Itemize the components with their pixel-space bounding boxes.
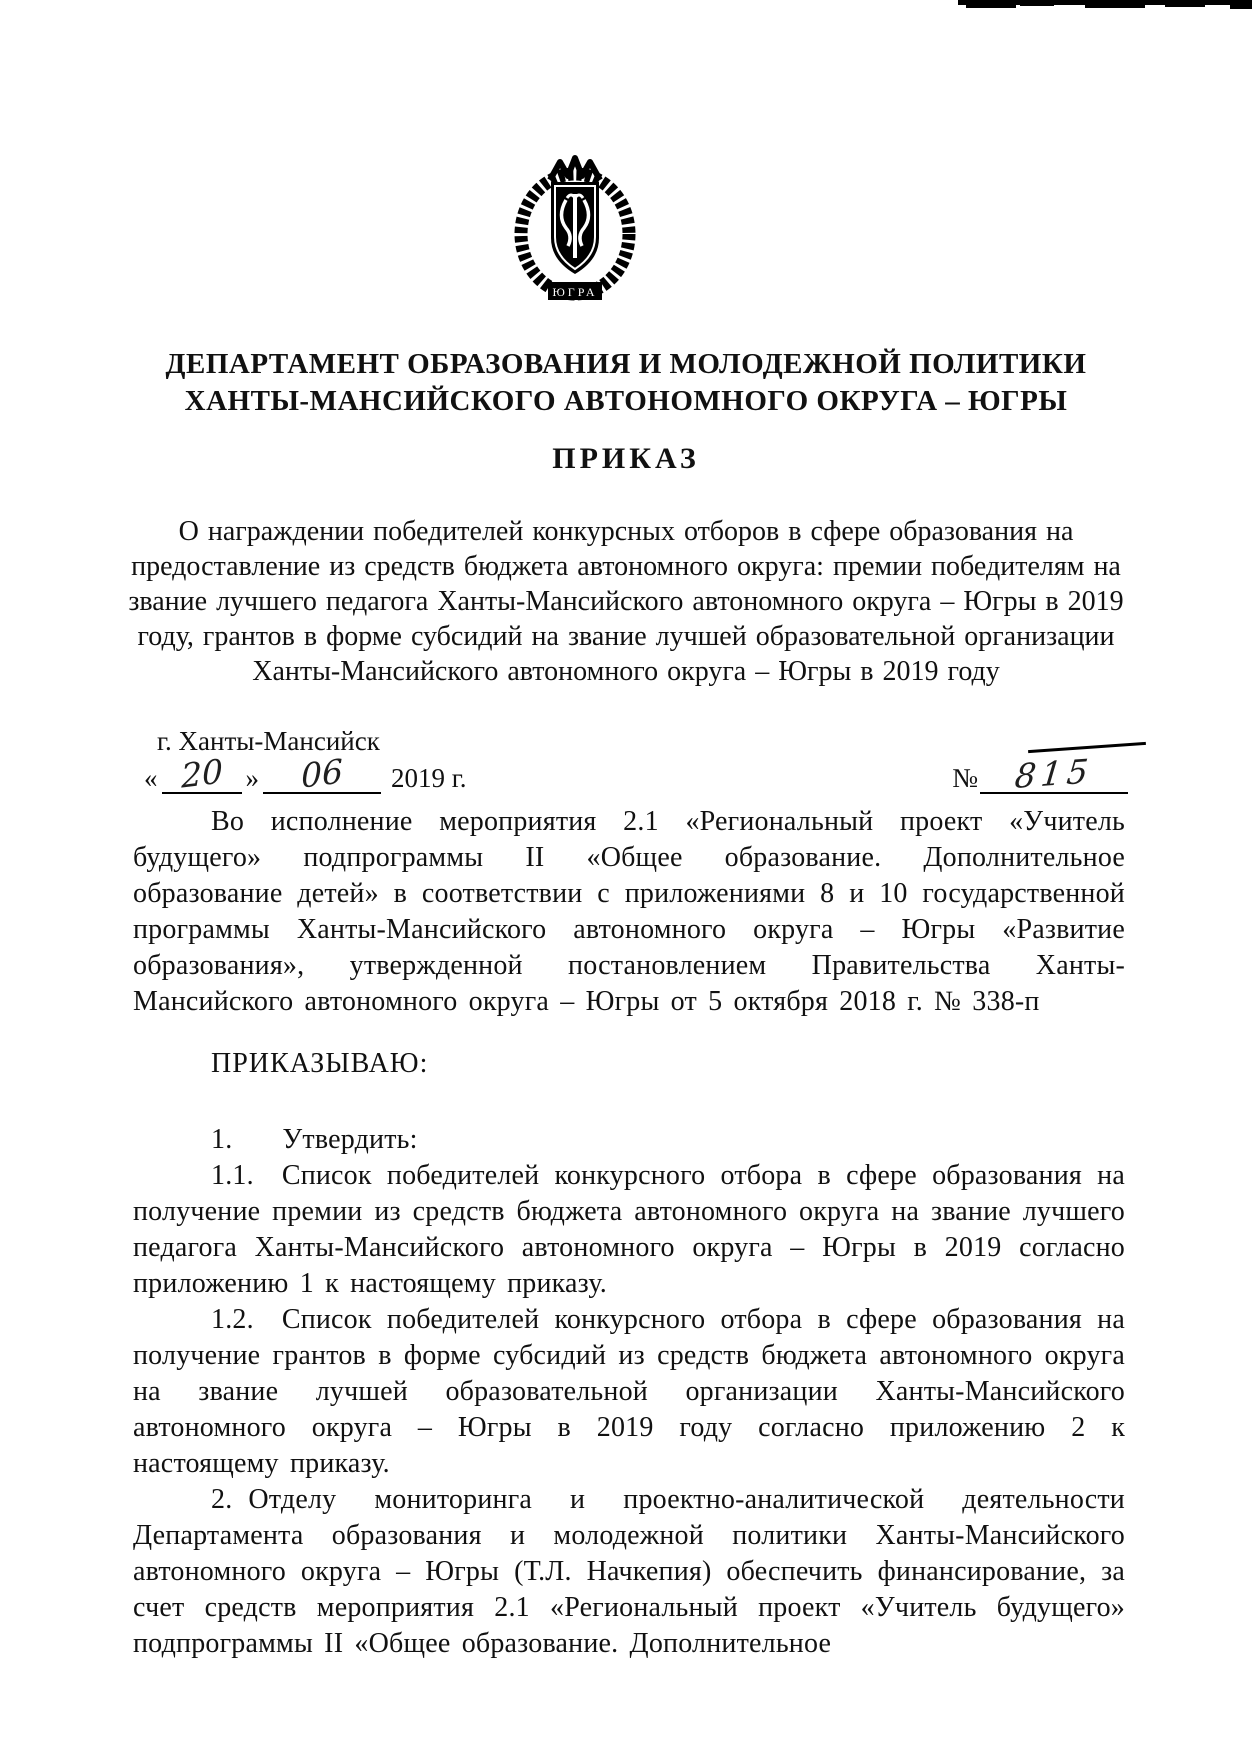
doc-type-title: ПРИКАЗ: [120, 442, 1132, 476]
close-quote: »: [242, 763, 264, 794]
day-underline: 20: [162, 758, 242, 794]
item-number: 1.: [211, 1124, 282, 1155]
command-line: ПРИКАЗЫВАЮ:: [133, 1046, 1125, 1082]
doc-subject: О награждении победителей конкурсных отб…: [124, 514, 1128, 689]
yugra-coat-of-arms-icon: ЮГРА: [514, 150, 636, 314]
item-number: 1.2.: [211, 1304, 282, 1335]
preamble-paragraph: Во исполнение мероприятия 2.1 «Региональ…: [133, 804, 1125, 1020]
org-name-line-2: ХАНТЫ-МАНСИЙСКОГО АВТОНОМНОГО ОКРУГА – Ю…: [120, 383, 1132, 420]
number-line: № 815: [952, 758, 1128, 794]
item-text: Список победителей конкурсного отбора в …: [133, 1304, 1125, 1479]
day-handwritten: 20: [180, 751, 222, 795]
place-line: г. Ханты-Мансийск: [157, 726, 380, 757]
org-name: ДЕПАРТАМЕНТ ОБРАЗОВАНИЯ И МОЛОДЕЖНОЙ ПОЛ…: [120, 346, 1132, 420]
number-handwritten: 815: [1013, 751, 1095, 796]
document-body: Во исполнение мероприятия 2.1 «Региональ…: [133, 804, 1125, 1662]
month-underline: 06: [263, 758, 381, 794]
order-item: 1.Утвердить:: [133, 1122, 1125, 1158]
item-number: 2.: [211, 1484, 248, 1515]
item-text: Утвердить:: [282, 1124, 417, 1155]
document-page: ЮГРА ДЕПАРТАМЕНТ ОБРАЗОВАНИЯ И МОЛОДЕЖНО…: [0, 0, 1252, 1756]
order-item: 2.Отделу мониторинга и проектно-аналитич…: [133, 1482, 1125, 1662]
date-number-row: « 20 » 06 2019 г. № 815: [140, 758, 1128, 794]
date-line: « 20 » 06 2019 г.: [140, 758, 467, 794]
item-text: Отделу мониторинга и проектно-аналитичес…: [133, 1484, 1125, 1659]
org-name-line-1: ДЕПАРТАМЕНТ ОБРАЗОВАНИЯ И МОЛОДЕЖНОЙ ПОЛ…: [120, 346, 1132, 383]
order-item: 1.1.Список победителей конкурсного отбор…: [133, 1158, 1125, 1302]
order-item: 1.2.Список победителей конкурсного отбор…: [133, 1302, 1125, 1482]
open-quote: «: [140, 763, 162, 794]
item-text: Список победителей конкурсного отбора в …: [133, 1160, 1125, 1299]
emblem-banner-text: ЮГРА: [552, 285, 597, 299]
month-handwritten: 06: [301, 751, 343, 795]
number-underline: 815: [980, 758, 1128, 794]
year-label: 2019 г.: [391, 763, 467, 794]
item-number: 1.1.: [211, 1160, 282, 1191]
number-label: №: [952, 763, 978, 794]
